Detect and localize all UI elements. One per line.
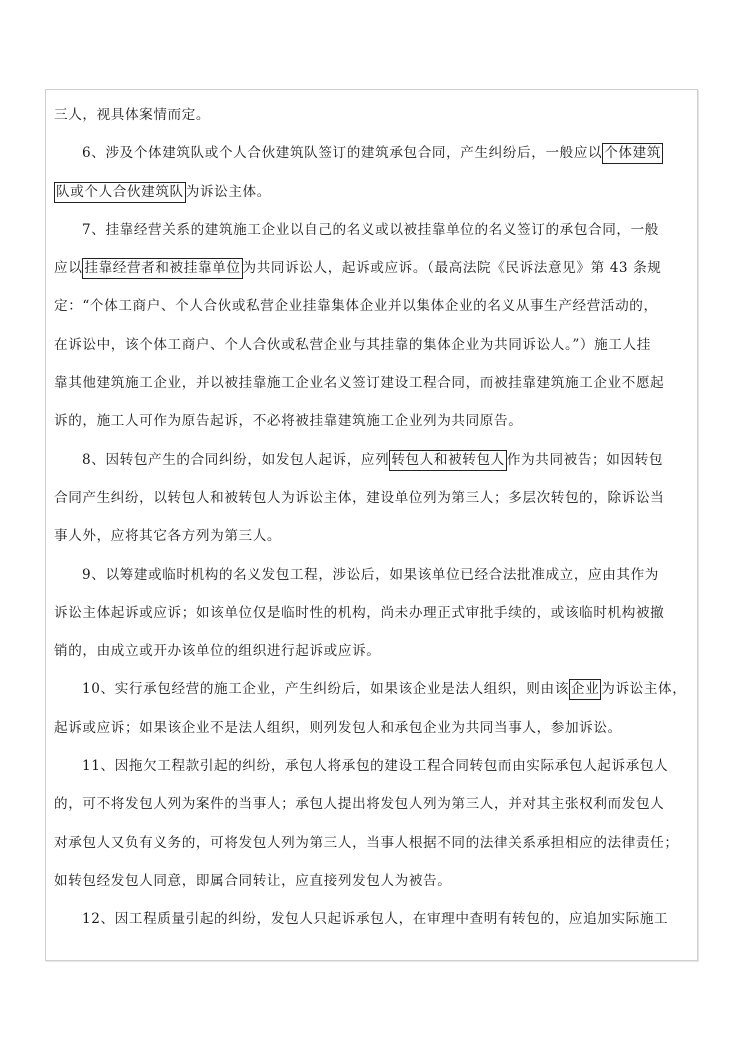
document-body: 三人，视具体案情而定。6、涉及个体建筑队或个人合伙建筑队签订的建筑承包合同，产生…: [54, 102, 694, 945]
text-segment: 诉讼主体起诉或应诉；如该单位仅是临时性的机构，尚未办理正式审批手续的，或该临时机…: [54, 605, 664, 621]
text-line: 10、实行承包经营的施工企业，产生纠纷后，如果该企业是法人组织，则由该企业为诉讼…: [54, 676, 694, 714]
paragraph-p-continued: 三人，视具体案情而定。: [54, 102, 694, 140]
text-segment: 6、涉及个体建筑队或个人合伙建筑队签订的建筑承包合同，产生纠纷后，一般应以: [82, 145, 602, 161]
text-segment: 的，可不将发包人列为案件的当事人；承包人提出将发包人列为第三人，并对其主张权利而…: [54, 796, 664, 812]
text-segment: 如转包经发包人同意，即属合同转让，应直接列发包人为被告。: [54, 873, 451, 889]
text-line: 应以挂靠经营者和被挂靠单位为共同诉讼人，起诉或应诉。（最高法院《民诉法意见》第 …: [54, 255, 694, 293]
text-segment: 为共同诉讼人，起诉或应诉。（最高法院《民诉法意见》第 43 条规: [243, 260, 662, 276]
text-line: 8、因转包产生的合同纠纷，如发包人起诉，应列转包人和被转包人作为共同被告；如因转…: [54, 447, 694, 485]
text-line: 事人外，应将其它各方列为第三人。: [54, 523, 694, 561]
text-segment: 9、以筹建或临时机构的名义发包工程，涉讼后，如果该单位已经合法批准成立，应由其作…: [82, 567, 659, 583]
text-line: 的，可不将发包人列为案件的当事人；承包人提出将发包人列为第三人，并对其主张权利而…: [54, 791, 694, 829]
boxed-term: 企业: [569, 679, 601, 700]
text-line: 如转包经发包人同意，即属合同转让，应直接列发包人为被告。: [54, 868, 694, 906]
text-line: 三人，视具体案情而定。: [54, 102, 694, 140]
page-frame: 三人，视具体案情而定。6、涉及个体建筑队或个人合伙建筑队签订的建筑承包合同，产生…: [45, 89, 698, 961]
text-line: 对承包人又负有义务的，可将发包人列为第三人，当事人根据不同的法律关系承担相应的法…: [54, 830, 694, 868]
paragraph-p12: 12、因工程质量引起的纠纷，发包人只起诉承包人，在审理中查明有转包的，应追加实际…: [54, 906, 694, 944]
text-line: 在诉讼中，该个体工商户、个人合伙或私营企业与其挂靠的集体企业为共同诉讼人。”）施…: [54, 332, 694, 370]
text-segment: 为诉讼主体，: [601, 681, 686, 697]
text-segment: 定：“个体工商户、个人合伙或私营企业挂靠集体企业并以集体企业的名义从事生产经营活…: [54, 298, 658, 314]
text-line: 诉的，施工人可作为原告起诉，不必将被挂靠建筑施工企业列为共同原告。: [54, 408, 694, 446]
text-line: 9、以筹建或临时机构的名义发包工程，涉讼后，如果该单位已经合法批准成立，应由其作…: [54, 562, 694, 600]
text-line: 11、因拖欠工程款引起的纠纷，承包人将承包的建设工程合同转包而由实际承包人起诉承…: [54, 753, 694, 791]
text-segment: 销的，由成立或开办该单位的组织进行起诉或应诉。: [54, 643, 380, 659]
boxed-term: 队或个人合伙建筑队: [54, 182, 186, 203]
text-segment: 诉的，施工人可作为原告起诉，不必将被挂靠建筑施工企业列为共同原告。: [54, 413, 522, 429]
boxed-term: 个体建筑: [602, 143, 663, 164]
text-line: 12、因工程质量引起的纠纷，发包人只起诉承包人，在审理中查明有转包的，应追加实际…: [54, 906, 694, 944]
paragraph-p8: 8、因转包产生的合同纠纷，如发包人起诉，应列转包人和被转包人作为共同被告；如因转…: [54, 447, 694, 562]
boxed-term: 挂靠经营者和被挂靠单位: [82, 258, 242, 279]
text-segment: 11、因拖欠工程款引起的纠纷，承包人将承包的建设工程合同转包而由实际承包人起诉承…: [82, 758, 668, 774]
text-line: 合同产生纠纷，以转包人和被转包人为诉讼主体，建设单位列为第三人；多层次转包的，除…: [54, 485, 694, 523]
paragraph-p7: 7、挂靠经营关系的建筑施工企业以自己的名义或以被挂靠单位的名义签订的承包合同，一…: [54, 217, 694, 447]
text-segment: 7、挂靠经营关系的建筑施工企业以自己的名义或以被挂靠单位的名义签订的承包合同，一…: [82, 222, 659, 238]
text-segment: 合同产生纠纷，以转包人和被转包人为诉讼主体，建设单位列为第三人；多层次转包的，除…: [54, 490, 664, 506]
text-segment: 8、因转包产生的合同纠纷，如发包人起诉，应列: [82, 452, 389, 468]
text-line: 6、涉及个体建筑队或个人合伙建筑队签订的建筑承包合同，产生纠纷后，一般应以个体建…: [54, 140, 694, 178]
text-line: 定：“个体工商户、个人合伙或私营企业挂靠集体企业并以集体企业的名义从事生产经营活…: [54, 293, 694, 331]
text-segment: 为诉讼主体。: [186, 184, 271, 200]
paragraph-p9: 9、以筹建或临时机构的名义发包工程，涉讼后，如果该单位已经合法批准成立，应由其作…: [54, 562, 694, 677]
text-segment: 作为共同被告；如因转包: [507, 452, 663, 468]
text-segment: 起诉或应诉；如果该企业不是法人组织，则列发包人和承包企业为共同当事人，参加诉讼。: [54, 720, 622, 736]
text-line: 7、挂靠经营关系的建筑施工企业以自己的名义或以被挂靠单位的名义签订的承包合同，一…: [54, 217, 694, 255]
boxed-term: 转包人和被转包人: [389, 450, 507, 471]
text-segment: 对承包人又负有义务的，可将发包人列为第三人，当事人根据不同的法律关系承担相应的法…: [54, 835, 679, 851]
text-segment: 12、因工程质量引起的纠纷，发包人只起诉承包人，在审理中查明有转包的，应追加实际…: [82, 911, 668, 927]
text-segment: 三人，视具体案情而定。: [54, 107, 210, 123]
text-segment: 10、实行承包经营的施工企业，产生纠纷后，如果该企业是法人组织，则由该: [82, 681, 569, 697]
text-line: 队或个人合伙建筑队为诉讼主体。: [54, 179, 694, 217]
text-segment: 靠其他建筑施工企业，并以被挂靠施工企业名义签订建设工程合同，而被挂靠建筑施工企业…: [54, 375, 664, 391]
text-segment: 应以: [54, 260, 82, 276]
text-segment: 在诉讼中，该个体工商户、个人合伙或私营企业与其挂靠的集体企业为共同诉讼人。”）施…: [54, 337, 651, 353]
text-segment: 事人外，应将其它各方列为第三人。: [54, 528, 281, 544]
text-line: 起诉或应诉；如果该企业不是法人组织，则列发包人和承包企业为共同当事人，参加诉讼。: [54, 715, 694, 753]
paragraph-p11: 11、因拖欠工程款引起的纠纷，承包人将承包的建设工程合同转包而由实际承包人起诉承…: [54, 753, 694, 906]
paragraph-p10: 10、实行承包经营的施工企业，产生纠纷后，如果该企业是法人组织，则由该企业为诉讼…: [54, 676, 694, 753]
text-line: 诉讼主体起诉或应诉；如该单位仅是临时性的机构，尚未办理正式审批手续的，或该临时机…: [54, 600, 694, 638]
text-line: 销的，由成立或开办该单位的组织进行起诉或应诉。: [54, 638, 694, 676]
text-line: 靠其他建筑施工企业，并以被挂靠施工企业名义签订建设工程合同，而被挂靠建筑施工企业…: [54, 370, 694, 408]
paragraph-p6: 6、涉及个体建筑队或个人合伙建筑队签订的建筑承包合同，产生纠纷后，一般应以个体建…: [54, 140, 694, 217]
